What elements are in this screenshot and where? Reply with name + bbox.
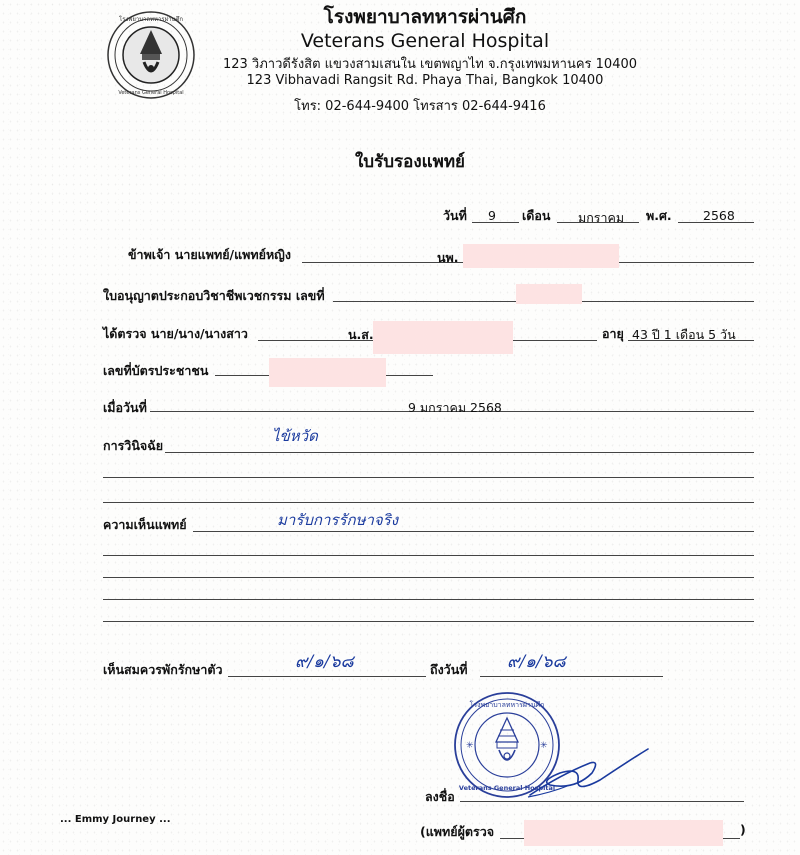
age-label: อายุ	[602, 324, 624, 344]
doctor-name-redacted	[463, 244, 619, 268]
opinion-handwritten: มารับการรักษาจริง	[277, 508, 398, 532]
doctor-label: ข้าพเจ้า นายแพทย์/แพทย์หญิง	[128, 245, 291, 265]
examiner-close-paren: )	[740, 822, 746, 837]
patient-prefix: น.ส.	[348, 325, 374, 345]
month-label: เดือน	[522, 206, 550, 226]
svg-text:โรงพยาบาลทหารผ่านศึก: โรงพยาบาลทหารผ่านศึก	[470, 700, 545, 709]
rest-to-handwritten: ๙/๑/๖๘	[507, 648, 566, 675]
rest-to-label: ถึงวันที่	[430, 660, 467, 680]
day-value: 9	[488, 208, 496, 223]
exam-date-value: 9 มกราคม 2568	[408, 398, 502, 418]
id-number-redacted	[269, 358, 386, 387]
age-value: 43 ปี 1 เดือน 5 วัน	[632, 325, 736, 345]
signature-label: ลงชื่อ	[425, 787, 455, 807]
document-title: ใบรับรองแพทย์	[330, 148, 490, 175]
examiner-label: (แพทย์ผู้ตรวจ	[420, 822, 494, 842]
opinion-label: ความเห็นแพทย์	[103, 515, 187, 535]
license-number-redacted	[516, 284, 582, 304]
year-value: 2568	[703, 208, 735, 223]
svg-text:✳: ✳	[466, 741, 474, 751]
license-label: ใบอนุญาตประกอบวิชาชีพเวชกรรม เลขที่	[103, 286, 325, 306]
phone-fax: โทร: 02-644-9400 โทรสาร 02-644-9416	[270, 95, 570, 116]
address-en: 123 Vibhavadi Rangsit Rd. Phaya Thai, Ba…	[240, 73, 610, 88]
patient-label: ได้ตรวจ นาย/นาง/นางสาว	[103, 324, 248, 344]
svg-text:Veterans General Hospital: Veterans General Hospital	[118, 90, 183, 96]
rest-from-handwritten: ๙/๑/๖๘	[295, 648, 354, 675]
id-label: เลขที่บัตรประชาชน	[103, 361, 208, 381]
hospital-name-th: โรงพยาบาลทหารผ่านศึก	[300, 2, 550, 32]
watermark-note: ... Emmy Journey ...	[60, 814, 171, 825]
year-label: พ.ศ.	[646, 206, 672, 226]
paper-texture	[0, 0, 800, 855]
doctor-signature	[520, 745, 650, 805]
rest-label: เห็นสมควรพักรักษาตัว	[103, 660, 223, 680]
address-th: 123 วิภาวดีรังสิต แขวงสามเสนใน เขตพญาไท …	[215, 53, 645, 74]
examiner-name-redacted	[524, 820, 723, 846]
day-label: วันที่	[443, 206, 467, 226]
diagnosis-label: การวินิจฉัย	[103, 436, 163, 456]
svg-text:โรงพยาบาลทหารผ่านศึก: โรงพยาบาลทหารผ่านศึก	[119, 15, 183, 23]
doctor-prefix: นพ.	[437, 248, 459, 268]
month-value: มกราคม	[578, 208, 624, 228]
diagnosis-handwritten: ไข้หวัด	[272, 424, 318, 448]
hospital-name-en: Veterans General Hospital	[280, 30, 570, 52]
patient-name-redacted	[373, 321, 513, 354]
hospital-emblem-icon: โรงพยาบาลทหารผ่านศึก Veterans General Ho…	[106, 10, 196, 100]
exam-date-label: เมื่อวันที่	[103, 398, 147, 418]
